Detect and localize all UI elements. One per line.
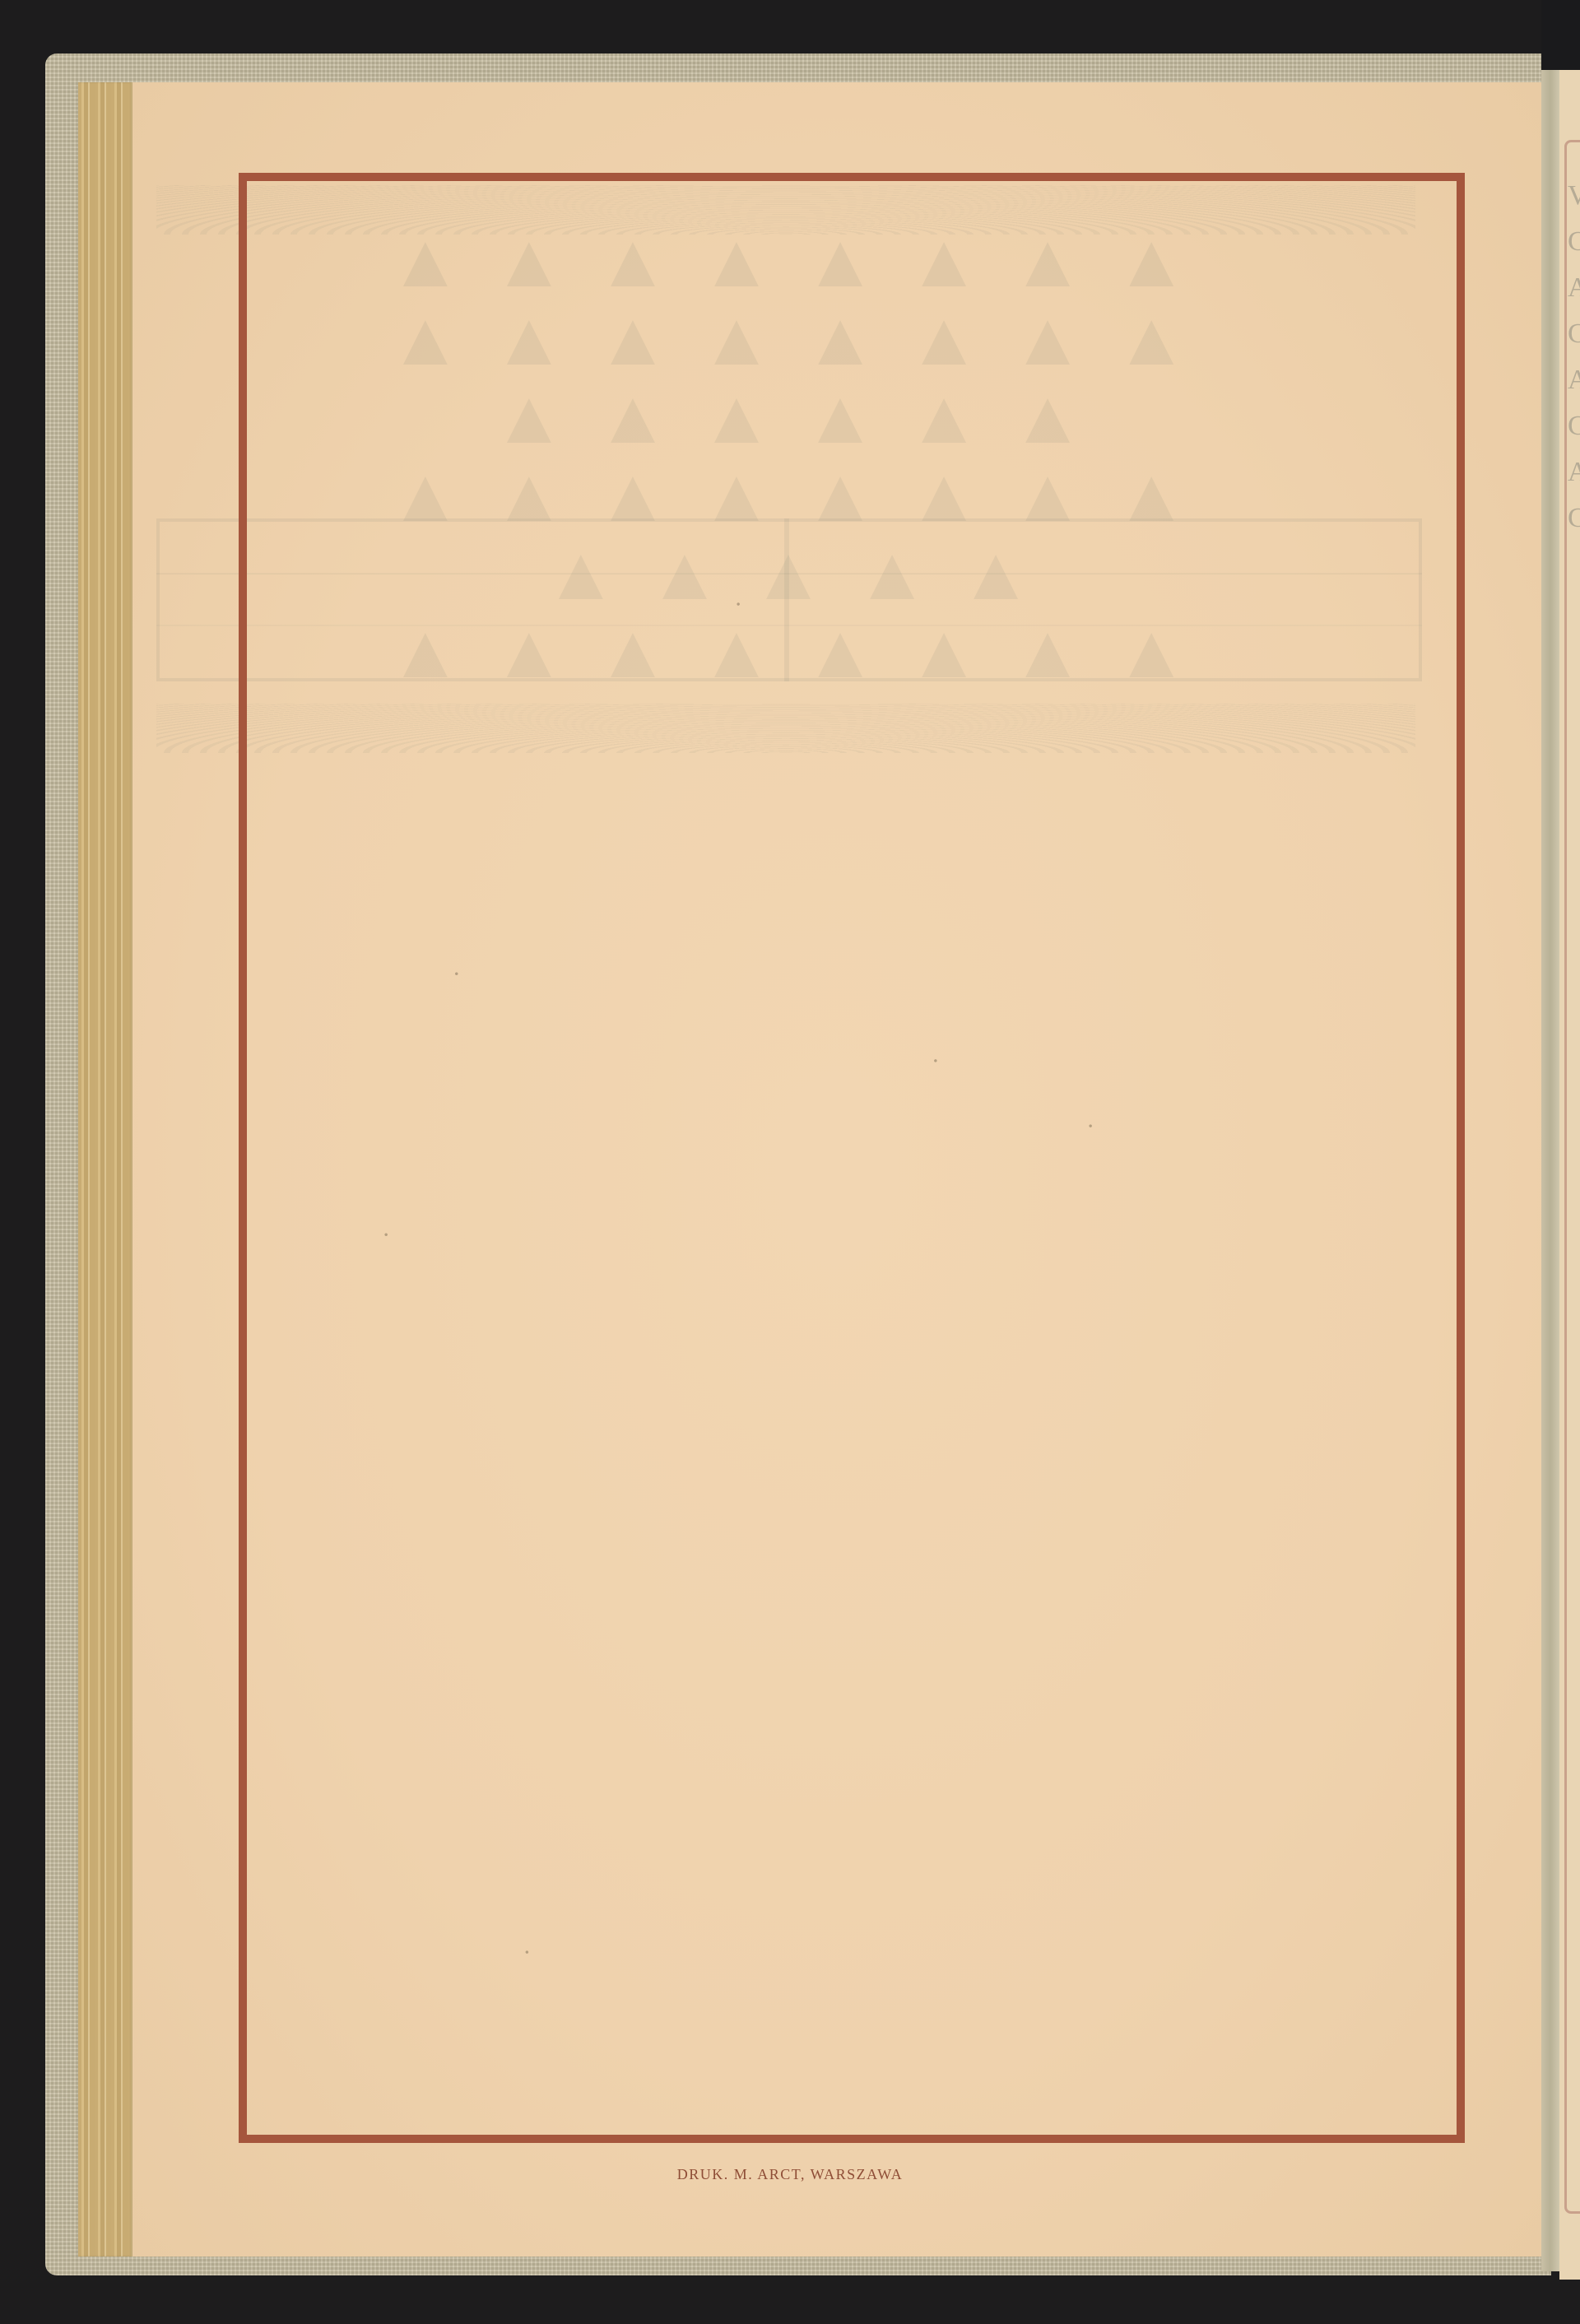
printer-imprint: DRUK. M. ARCT, WARSZAWA (0, 2166, 1580, 2183)
scan-shadow (1541, 0, 1580, 70)
adjacent-page-strip: V C A C A C A C (1559, 66, 1580, 2280)
book-gutter (1541, 66, 1559, 2271)
printed-frame-border (239, 173, 1465, 2143)
page-edges (78, 82, 132, 2257)
adjacent-page-letters: V C A C A C A C (1568, 173, 1580, 541)
scan-background: ▲ ▲ ▲ ▲ ▲ ▲ ▲ ▲ ▲ ▲ ▲ ▲ ▲ ▲ ▲ ▲ ▲ ▲ ▲ ▲ … (0, 0, 1580, 2324)
